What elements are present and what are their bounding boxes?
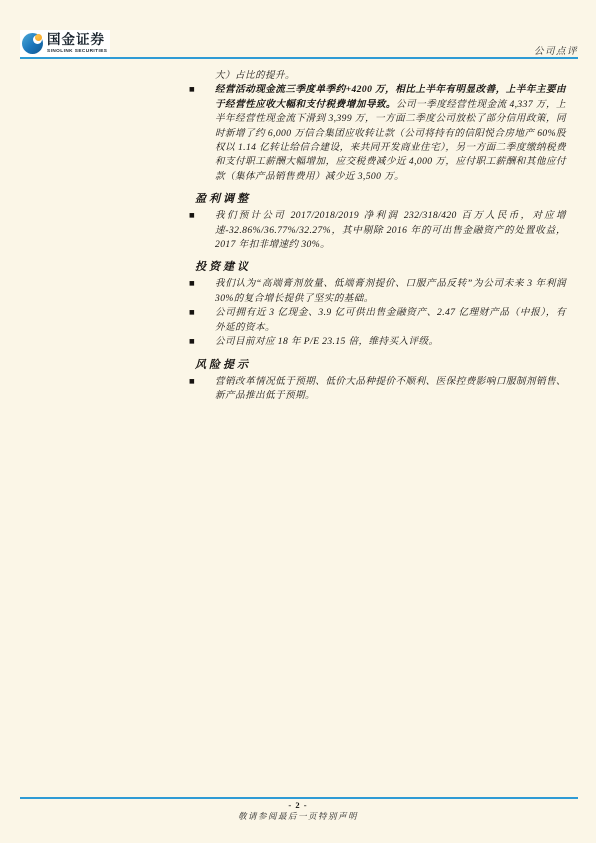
bullet-text: 我们认为“高端膏剂放量、低端膏剂提价、口服产品反转”为公司未来 3 年利润 30… — [215, 277, 566, 306]
bullet-marker: ■ — [187, 335, 215, 349]
bullet-marker: ■ — [187, 375, 215, 404]
header-divider — [20, 57, 578, 59]
bullet-text: 营销改革情况低于预期、低价大品种提价不顺利、医保控费影响口服制剂销售、新产品推出… — [215, 375, 566, 404]
bullet-text: 公司拥有近 3 亿现金、3.9 亿可供出售金融资产、2.47 亿理财产品（中报）… — [215, 306, 566, 335]
sinolink-logo-icon — [22, 33, 43, 54]
bullet-marker: ■ — [187, 277, 215, 306]
report-type-label: 公司点评 — [534, 43, 578, 57]
bullet-marker: ■ — [187, 306, 215, 335]
bullet-text: 公司目前对应 18 年 P/E 23.15 倍，维持买入评级。 — [215, 335, 566, 349]
section-title-profit-adjustment: 盈利调整 — [195, 192, 566, 206]
logo-orange-dot — [35, 34, 42, 41]
bullet-marker: ■ — [187, 209, 215, 252]
bullet-item: ■ 我们预计公司 2017/2018/2019 净利润 232/318/420 … — [187, 209, 566, 252]
section-title-risk-warning: 风险提示 — [195, 358, 566, 372]
bullet-item: ■ 公司目前对应 18 年 P/E 23.15 倍，维持买入评级。 — [187, 335, 566, 349]
section-title-investment-advice: 投资建议 — [195, 260, 566, 274]
report-body: 大）占比的提升。 ■ 经营活动现金流三季度单季约+4200 万，相比上半年有明显… — [187, 69, 566, 403]
footer-divider — [20, 797, 578, 799]
report-page: 国金证券 SINOLINK SECURITIES 公司点评 大）占比的提升。 ■… — [0, 0, 596, 843]
brand-name-en: SINOLINK SECURITIES — [47, 49, 107, 54]
bullet-item: ■ 我们认为“高端膏剂放量、低端膏剂提价、口服产品反转”为公司未来 3 年利润 … — [187, 277, 566, 306]
bullet-text: 我们预计公司 2017/2018/2019 净利润 232/318/420 百万… — [215, 209, 566, 252]
sinolink-logo: 国金证券 SINOLINK SECURITIES — [20, 30, 110, 57]
continuation-text: 大）占比的提升。 — [215, 69, 566, 83]
bullet-text: 经营活动现金流三季度单季约+4200 万，相比上半年有明显改善，上半年主要由于经… — [215, 83, 566, 184]
bullet-item: ■ 经营活动现金流三季度单季约+4200 万，相比上半年有明显改善，上半年主要由… — [187, 83, 566, 184]
footer-disclaimer: 敬请参阅最后一页特别声明 — [0, 810, 596, 822]
brand-name-cn: 国金证券 — [47, 33, 107, 47]
bullet-text-rest: 公司一季度经营性现金流 4,337 万，上半年经营性现金流下滑到 3,399 万… — [215, 99, 566, 182]
bullet-marker: ■ — [187, 83, 215, 184]
page-number: - 2 - — [0, 800, 596, 810]
bullet-item: ■ 公司拥有近 3 亿现金、3.9 亿可供出售金融资产、2.47 亿理财产品（中… — [187, 306, 566, 335]
logo-text: 国金证券 SINOLINK SECURITIES — [47, 33, 107, 54]
bullet-item: ■ 营销改革情况低于预期、低价大品种提价不顺利、医保控费影响口服制剂销售、新产品… — [187, 375, 566, 404]
